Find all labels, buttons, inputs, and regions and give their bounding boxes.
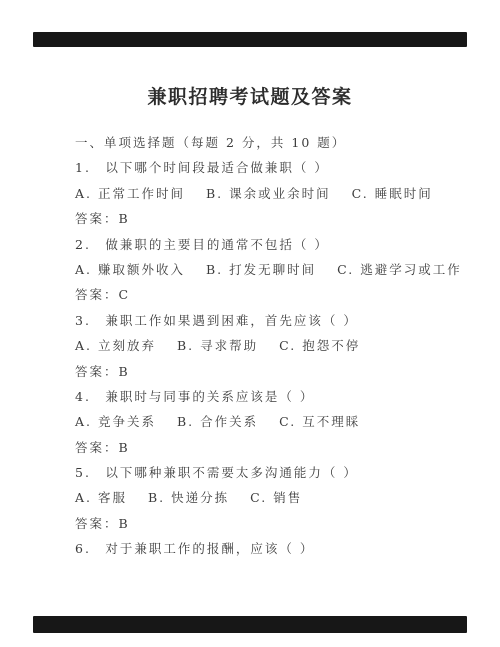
- question-2-text: 2. 做兼职的主要目的通常不包括（ ）: [75, 232, 470, 257]
- scan-artifact-bottom-bar: [33, 616, 467, 633]
- question-3-text: 3. 兼职工作如果遇到困难，首先应该（ ）: [75, 308, 470, 333]
- question-1-option-c: C. 睡眠时间: [352, 181, 433, 206]
- question-4-option-b: B. 合作关系: [177, 409, 258, 434]
- section-heading: 一、单项选择题（每题 2 分，共 10 题）: [75, 130, 470, 155]
- question-3-option-b: B. 寻求帮助: [177, 333, 258, 358]
- document-page: 兼职招聘考试题及答案 一、单项选择题（每题 2 分，共 10 题） 1. 以下哪…: [0, 0, 500, 647]
- question-5-option-b: B. 快递分拣: [148, 485, 229, 510]
- question-3-options: A. 立刻放弃 B. 寻求帮助 C. 抱怨不停: [75, 333, 470, 358]
- question-5-options: A. 客服 B. 快递分拣 C. 销售: [75, 485, 470, 510]
- question-2-options: A. 赚取额外收入 B. 打发无聊时间 C. 逃避学习或工作: [75, 257, 470, 282]
- question-1-option-a: A. 正常工作时间: [75, 181, 185, 206]
- question-4-option-a: A. 竞争关系: [75, 409, 156, 434]
- question-4-option-c: C. 互不理睬: [279, 409, 360, 434]
- question-4-options: A. 竞争关系 B. 合作关系 C. 互不理睬: [75, 409, 470, 434]
- question-1-text: 1. 以下哪个时间段最适合做兼职（ ）: [75, 155, 470, 180]
- question-2-option-b: B. 打发无聊时间: [206, 257, 316, 282]
- question-3-option-a: A. 立刻放弃: [75, 333, 156, 358]
- question-6-text: 6. 对于兼职工作的报酬，应该（ ）: [75, 536, 470, 561]
- question-2-answer: 答案：C: [75, 282, 470, 307]
- question-1-answer: 答案：B: [75, 206, 470, 231]
- question-3-answer: 答案：B: [75, 359, 470, 384]
- question-3-option-c: C. 抱怨不停: [279, 333, 360, 358]
- question-5-answer: 答案：B: [75, 511, 470, 536]
- scan-artifact-top-bar: [33, 32, 467, 47]
- question-1-options: A. 正常工作时间 B. 课余或业余时间 C. 睡眠时间: [75, 181, 470, 206]
- document-title: 兼职招聘考试题及答案: [0, 82, 500, 109]
- question-4-answer: 答案：B: [75, 435, 470, 460]
- question-2-option-a: A. 赚取额外收入: [75, 257, 185, 282]
- question-1-option-b: B. 课余或业余时间: [206, 181, 331, 206]
- question-5-option-a: A. 客服: [75, 485, 127, 510]
- question-2-option-c: C. 逃避学习或工作: [337, 257, 462, 282]
- question-5-option-c: C. 销售: [250, 485, 302, 510]
- question-5-text: 5. 以下哪种兼职不需要太多沟通能力（ ）: [75, 460, 470, 485]
- document-body: 一、单项选择题（每题 2 分，共 10 题） 1. 以下哪个时间段最适合做兼职（…: [75, 130, 470, 562]
- question-4-text: 4. 兼职时与同事的关系应该是（ ）: [75, 384, 470, 409]
